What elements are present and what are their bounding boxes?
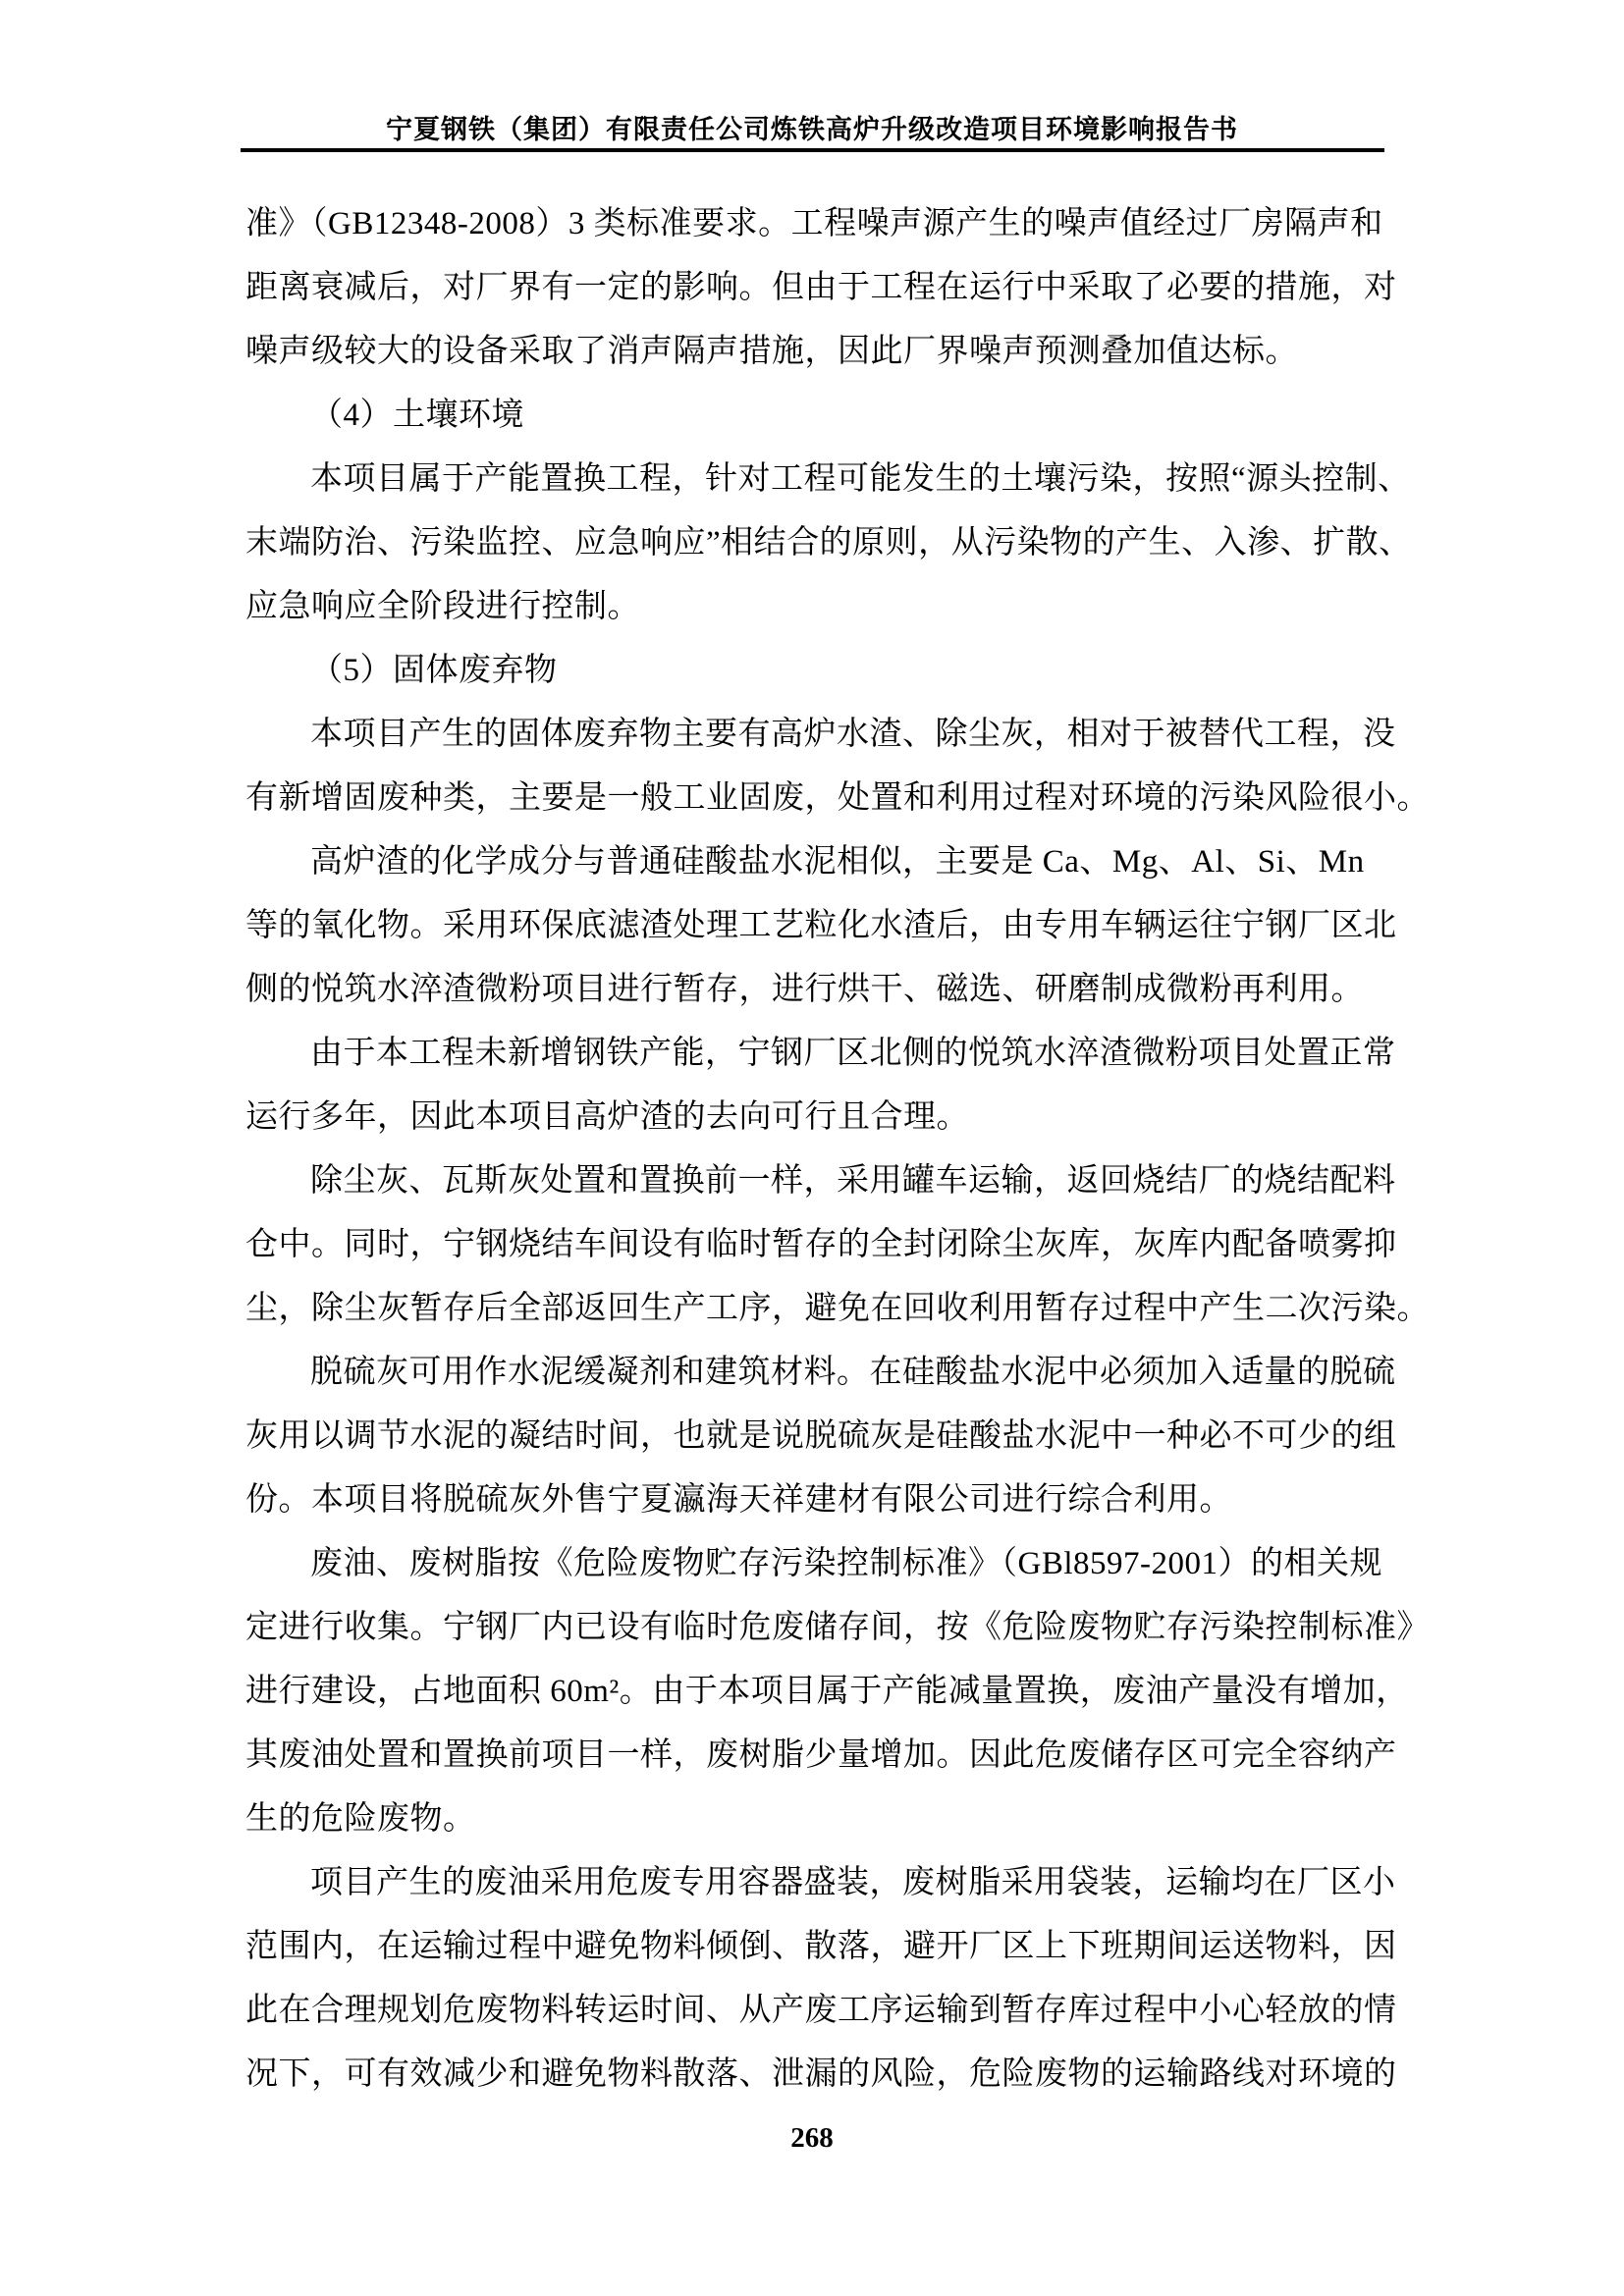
page-header-title: 宁夏钢铁（集团）有限责任公司炼铁高炉升级改造项目环境影响报告书 [0,108,1624,146]
text-line: 灰用以调节水泥的凝结时间，也就是说脱硫灰是硅酸盐水泥中一种必不可少的组 [245,1405,1429,1468]
text-line: 定进行收集。宁钢厂内已设有临时危废储存间，按《危险废物贮存污染控制标准》 [245,1596,1429,1660]
text-line: 废油、废树脂按《危险废物贮存污染控制标准》（GBl8597-2001）的相关规 [245,1532,1429,1596]
text-line: 高炉渣的化学成分与普通硅酸盐水泥相似，主要是 Ca、Mg、Al、Si、Mn [245,830,1429,894]
page-number: 268 [0,2122,1624,2155]
section-heading: （5）固体废弃物 [245,639,1429,703]
text-line: 生的危险废物。 [245,1788,1429,1851]
text-line: 由于本工程未新增钢铁产能，宁钢厂区北侧的悦筑水淬渣微粉项目处置正常 [245,1022,1429,1086]
text-line: 份。本项目将脱硫灰外售宁夏瀛海天祥建材有限公司进行综合利用。 [245,1468,1429,1532]
text-line: 有新增固废种类，主要是一般工业固废，处置和利用过程对环境的污染风险很小。 [245,767,1429,830]
text-line: 尘，除尘灰暂存后全部返回生产工序，避免在回收利用暂存过程中产生二次污染。 [245,1277,1429,1341]
text-line: 侧的悦筑水淬渣微粉项目进行暂存，进行烘干、磁选、研磨制成微粉再利用。 [245,958,1429,1022]
text-line: 准》（GB12348-2008）3 类标准要求。工程噪声源产生的噪声值经过厂房隔… [245,192,1429,256]
text-line: 运行多年，因此本项目高炉渣的去向可行且合理。 [245,1086,1429,1149]
text-line: 项目产生的废油采用危废专用容器盛装，废树脂采用袋装，运输均在厂区小 [245,1851,1429,1915]
text-line: 况下，可有效减少和避免物料散落、泄漏的风险，危险废物的运输路线对环境的 [245,2043,1429,2107]
text-line: 进行建设，占地面积 60m²。由于本项目属于产能减量置换，废油产量没有增加， [245,1660,1429,1724]
text-line: 范围内，在运输过程中避免物料倾倒、散落，避开厂区上下班期间运送物料，因 [245,1915,1429,1979]
report-page: 宁夏钢铁（集团）有限责任公司炼铁高炉升级改造项目环境影响报告书 准》（GB123… [0,0,1624,2296]
text-line: 距离衰减后，对厂界有一定的影响。但由于工程在运行中采取了必要的措施，对 [245,256,1429,320]
text-line: 本项目属于产能置换工程，针对工程可能发生的土壤污染，按照“源头控制、 [245,448,1429,511]
text-line: 此在合理规划危废物料转运时间、从产废工序运输到暂存库过程中小心轻放的情 [245,1979,1429,2043]
text-line: 本项目产生的固体废弃物主要有高炉水渣、除尘灰，相对于被替代工程，没 [245,703,1429,767]
document-body: 准》（GB12348-2008）3 类标准要求。工程噪声源产生的噪声值经过厂房隔… [245,192,1429,2107]
text-line: 末端防治、污染监控、应急响应”相结合的原则，从污染物的产生、入渗、扩散、 [245,511,1429,575]
text-line: 脱硫灰可用作水泥缓凝剂和建筑材料。在硅酸盐水泥中必须加入适量的脱硫 [245,1341,1429,1405]
text-line: 其废油处置和置换前项目一样，废树脂少量增加。因此危废储存区可完全容纳产 [245,1724,1429,1788]
text-line: 仓中。同时，宁钢烧结车间设有临时暂存的全封闭除尘灰库，灰库内配备喷雾抑 [245,1213,1429,1277]
text-line: 应急响应全阶段进行控制。 [245,575,1429,639]
text-line: 除尘灰、瓦斯灰处置和置换前一样，采用罐车运输，返回烧结厂的烧结配料 [245,1149,1429,1213]
header-divider [241,148,1384,152]
text-line: 等的氧化物。采用环保底滤渣处理工艺粒化水渣后，由专用车辆运往宁钢厂区北 [245,894,1429,958]
section-heading: （4）土壤环境 [245,384,1429,448]
text-line: 噪声级较大的设备采取了消声隔声措施，因此厂界噪声预测叠加值达标。 [245,320,1429,384]
